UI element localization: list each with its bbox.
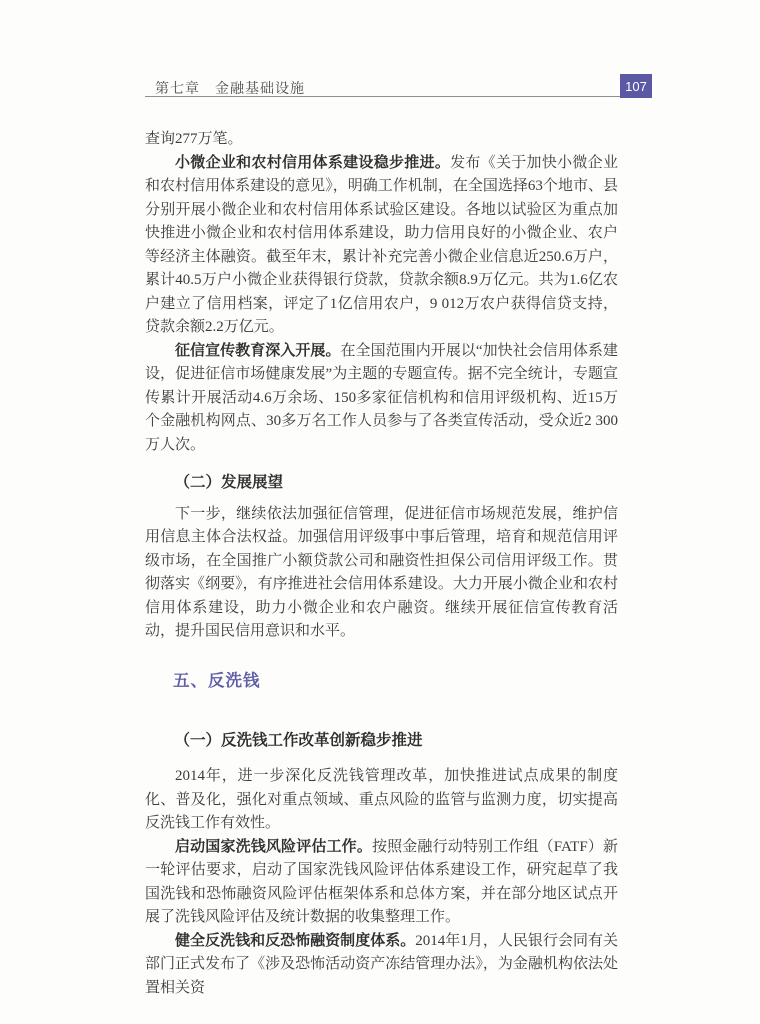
document-text-column: 查询277万笔。 小微企业和农村信用体系建设稳步推进。发布《关于加快小微企业和农…: [145, 128, 618, 1000]
page-number: 107: [625, 79, 647, 94]
paragraph-lead-in: 小微企业和农村信用体系建设稳步推进。: [175, 155, 450, 171]
paragraph-outlook: 下一步，继续依法加强征信管理，促进征信市场规范发展，维护信用信息主体合法权益。加…: [145, 503, 618, 644]
paragraph-lead-in: 启动国家洗钱风险评估工作。: [175, 839, 372, 855]
paragraph-institutional-system: 健全反洗钱和反恐怖融资制度体系。2014年1月，人民银行会同有关部门正式发布了《…: [145, 930, 618, 1001]
document-page: 第七章 金融基础设施 107 查询277万笔。 小微企业和农村信用体系建设稳步推…: [0, 0, 760, 1024]
paragraph-aml-2014: 2014年，进一步深化反洗钱管理改革，加快推进试点成果的制度化、普及化，强化对重…: [145, 765, 618, 836]
paragraph-sme-rural-credit: 小微企业和农村信用体系建设稳步推进。发布《关于加快小微企业和农村信用体系建设的意…: [145, 152, 618, 340]
running-header: 第七章 金融基础设施 107: [145, 0, 652, 100]
paragraph-continuation: 查询277万笔。: [145, 128, 618, 152]
heading-development-outlook: （二）发展展望: [145, 471, 618, 495]
paragraph-text: 发布《关于加快小微企业和农村信用体系建设的意见》，明确工作机制，在全国选择63个…: [145, 155, 618, 336]
header-rule: [145, 96, 622, 97]
paragraph-lead-in: 征信宣传教育深入开展。: [175, 343, 341, 359]
paragraph-risk-assessment: 启动国家洗钱风险评估工作。按照金融行动特别工作组（FATF）新一轮评估要求，启动…: [145, 836, 618, 930]
paragraph-text: 在全国范围内开展以“加快社会信用体系建设，促进征信市场健康发展”为主题的专题宣传…: [145, 343, 618, 453]
paragraph-credit-education: 征信宣传教育深入开展。在全国范围内开展以“加快社会信用体系建设，促进征信市场健康…: [145, 340, 618, 458]
page-number-badge: 107: [620, 74, 652, 98]
heading-aml-reform: （一）反洗钱工作改革创新稳步推进: [145, 729, 618, 753]
paragraph-lead-in: 健全反洗钱和反恐怖融资制度体系。: [175, 933, 415, 949]
heading-section-5-aml: 五、反洗钱: [145, 669, 618, 693]
chapter-title: 第七章 金融基础设施: [155, 78, 305, 98]
